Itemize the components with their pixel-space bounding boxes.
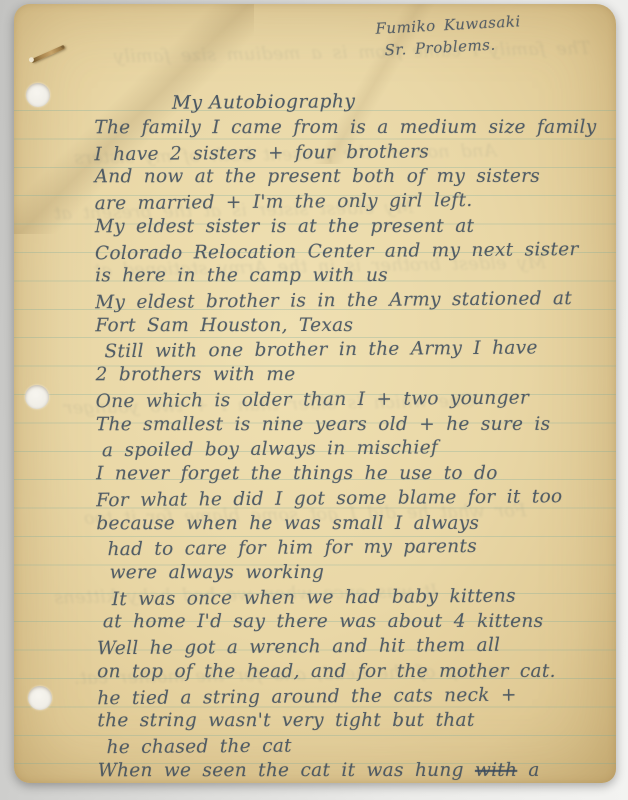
handwriting-line: For what he did I got some blame for it …	[96, 485, 616, 514]
handwriting-line: I have 2 sisters + four brothers	[94, 138, 614, 167]
handwriting-line: One which is older than I + two younger	[96, 386, 616, 415]
handwriting-line: The smallest is nine years old + he sure…	[96, 412, 616, 437]
staple	[31, 45, 66, 63]
handwriting-line: I never forget the things he use to do	[96, 462, 616, 487]
handwriting-line: the string wasn't very tight but that	[97, 709, 617, 734]
punch-hole	[26, 83, 50, 107]
student-name-block: Fumiko Kuwasaki Sr. Problems.	[375, 10, 522, 62]
handwriting-line: at home I'd say there was about 4 kitten…	[97, 610, 617, 635]
handwriting-line: The family I came from is a medium size …	[94, 116, 614, 141]
handwriting-line: on top of the head, and for the mother c…	[97, 660, 617, 685]
handwriting-line: Well he got a wrench and hit them all	[97, 633, 617, 662]
handwriting-line: had to care for him for my parents	[96, 534, 616, 563]
handwriting-line: 2 brothers with me	[96, 363, 616, 388]
handwriting-line: Colorado Relocation Center and my next s…	[95, 237, 615, 266]
handwriting-line: are married + I'm the only girl left.	[95, 188, 615, 217]
handwriting-line: were always working	[97, 561, 617, 586]
handwriting-body: The family I came from is a medium size …	[94, 115, 617, 785]
handwriting-line: a spoiled boy always in mischief	[96, 435, 616, 464]
handwriting-line: is here in the camp with us	[95, 264, 615, 289]
essay-title: My Autobiography	[172, 91, 356, 114]
struck-word: with	[475, 760, 517, 781]
punch-hole	[25, 385, 49, 409]
handwriting-line: It was once when we had baby kittens	[97, 583, 617, 612]
handwriting-line: because when he was small I always	[96, 511, 616, 536]
handwriting-line: Fort Sam Houston, Texas	[95, 314, 615, 339]
handwriting-line: And now at the present both of my sister…	[95, 165, 615, 190]
handwriting-line: he chased the cat	[97, 732, 617, 761]
handwriting-line: My eldest sister is at the present at	[95, 215, 615, 240]
notebook-paper: The family I came from is a medium size …	[14, 4, 616, 783]
handwriting-line: When we seen the cat it was hung with a	[98, 758, 618, 783]
handwriting-line: Still with one brother in the Army I hav…	[95, 336, 615, 365]
handwriting-line: My eldest brother is in the Army station…	[95, 287, 615, 316]
punch-hole	[28, 686, 52, 710]
handwriting-line: he tied a string around the cats neck +	[97, 682, 617, 711]
